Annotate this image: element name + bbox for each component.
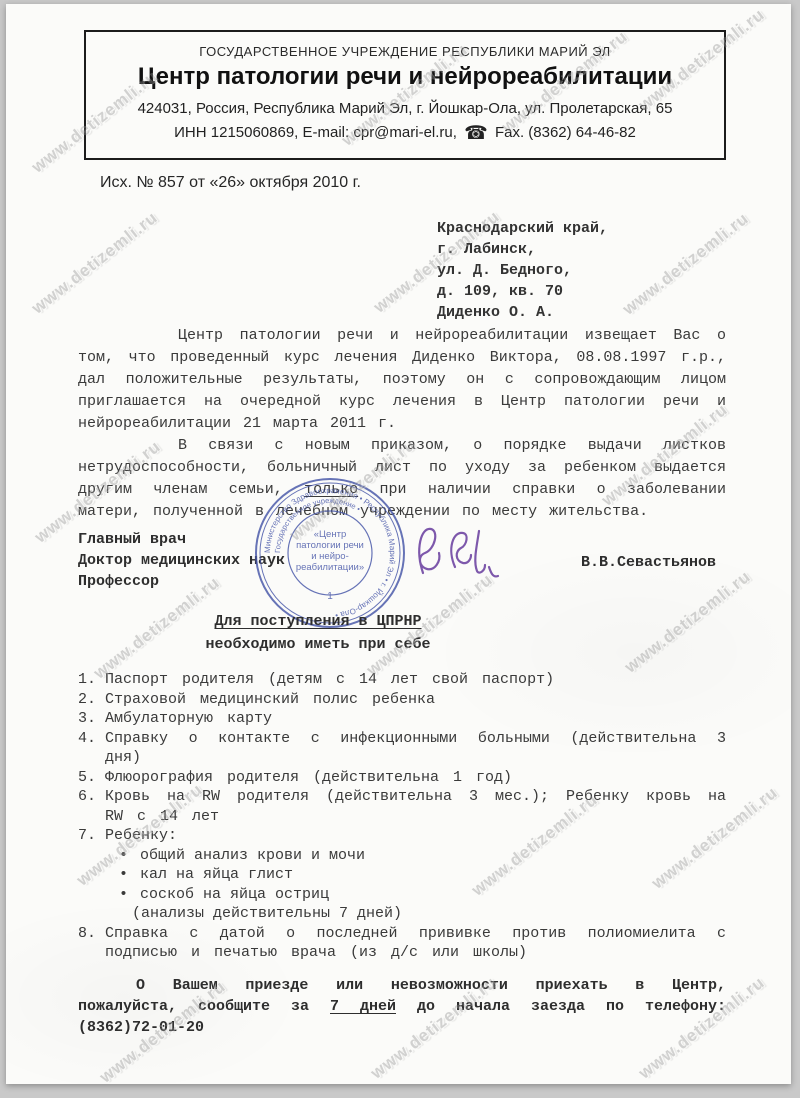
organization-contacts: ИНН 1215060869, E-mail: cpr@mari-el.ru, … [92, 123, 718, 144]
letter-body: Центр патологии речи и нейрореабилитации… [78, 325, 726, 523]
checklist-item: Справку о контакте с инфекционными больн… [78, 729, 726, 768]
checklist-heading: Для поступления в ЦПРНР необходимо иметь… [78, 610, 558, 656]
paragraph2-underlined-word: только [304, 481, 358, 498]
checklist-item-text: Амбулаторную карту [105, 710, 272, 727]
checklist-heading-line2: необходимо иметь при себе [78, 633, 558, 656]
recipient-line: д. 109, кв. 70 [437, 281, 726, 302]
admission-checklist: Паспорт родителя (детям с 14 лет свой па… [78, 670, 726, 963]
fax-text: Fax. (8362) 64-46-82 [495, 124, 636, 141]
organization-address: 424031, Россия, Республика Марий Эл, г. … [92, 99, 718, 118]
checklist-item: Кровь на RW родителя (действительна 3 ме… [78, 787, 726, 826]
checklist-item: Флюорография родителя (действительна 1 г… [78, 768, 726, 788]
body-paragraph-2: В связи с новым приказом, о порядке выда… [78, 435, 726, 523]
phone-icon: ☎ [464, 123, 488, 144]
organization-name: Центр патологии речи и нейрореабилитации [92, 62, 718, 92]
checklist-item-text: Ребенку: [105, 827, 177, 844]
closing-paragraph: О Вашем приезде или невозможности приеха… [78, 975, 726, 1038]
checklist-item-text: Справку о контакте с инфекционными больн… [105, 730, 726, 767]
closing-underlined-text: 7 дней [330, 998, 396, 1015]
stamp-number: 1 [327, 591, 333, 602]
checklist-item-text: Справка с датой о последней прививке про… [105, 925, 726, 962]
checklist-heading-line1: Для поступления в ЦПРНР [78, 610, 558, 633]
signatory-title: Главный врач [78, 529, 726, 550]
checklist-item: Ребенку: общий анализ крови и мочи кал н… [78, 826, 726, 924]
signatory-name: В.В.Севастьянов [581, 554, 716, 571]
reference-number-line: Исх. № 857 от «26» октября 2010 г. [100, 174, 726, 192]
checklist-sub-note: (анализы действительны 7 дней) [105, 904, 726, 924]
checklist-item: Амбулаторную карту [78, 709, 726, 729]
recipient-line: ул. Д. Бедного, [437, 260, 726, 281]
signature-block: Главный врач Доктор медицинских наук Про… [78, 529, 726, 592]
checklist-item: Страховой медицинский полис ребенка [78, 690, 726, 710]
checklist-sub-item: общий анализ крови и мочи [105, 846, 726, 866]
checklist-sub-item: кал на яйца глист [105, 865, 726, 885]
checklist-item-text: Кровь на RW родителя (действительна 3 ме… [105, 788, 726, 825]
recipient-line: Диденко О. А. [437, 302, 726, 323]
checklist-item: Паспорт родителя (детям с 14 лет свой па… [78, 670, 726, 690]
scanned-letter-page: ГОСУДАРСТВЕННОЕ УЧРЕЖДЕНИЕ РЕСПУБЛИКИ МА… [6, 4, 791, 1084]
checklist-item-text: Флюорография родителя (действительна 1 г… [105, 769, 512, 786]
checklist-item: Справка с датой о последней прививке про… [78, 924, 726, 963]
inn-email-text: ИНН 1215060869, E-mail: cpr@mari-el.ru, [174, 124, 457, 141]
letterhead-box: ГОСУДАРСТВЕННОЕ УЧРЕЖДЕНИЕ РЕСПУБЛИКИ МА… [84, 30, 726, 160]
checklist-item-text: Страховой медицинский полис ребенка [105, 691, 435, 708]
recipient-address-block: Краснодарский край, г. Лабинск, ул. Д. Б… [437, 218, 726, 323]
checklist-sub-item: соскоб на яйца остриц [105, 885, 726, 905]
recipient-line: Краснодарский край, [437, 218, 726, 239]
recipient-line: г. Лабинск, [437, 239, 726, 260]
signatory-title: Профессор [78, 571, 726, 592]
checklist-item-text: Паспорт родителя (детям с 14 лет свой па… [105, 671, 554, 688]
letterhead-institution-line: ГОСУДАРСТВЕННОЕ УЧРЕЖДЕНИЕ РЕСПУБЛИКИ МА… [92, 44, 718, 59]
body-paragraph-1: Центр патологии речи и нейрореабилитации… [78, 325, 726, 435]
